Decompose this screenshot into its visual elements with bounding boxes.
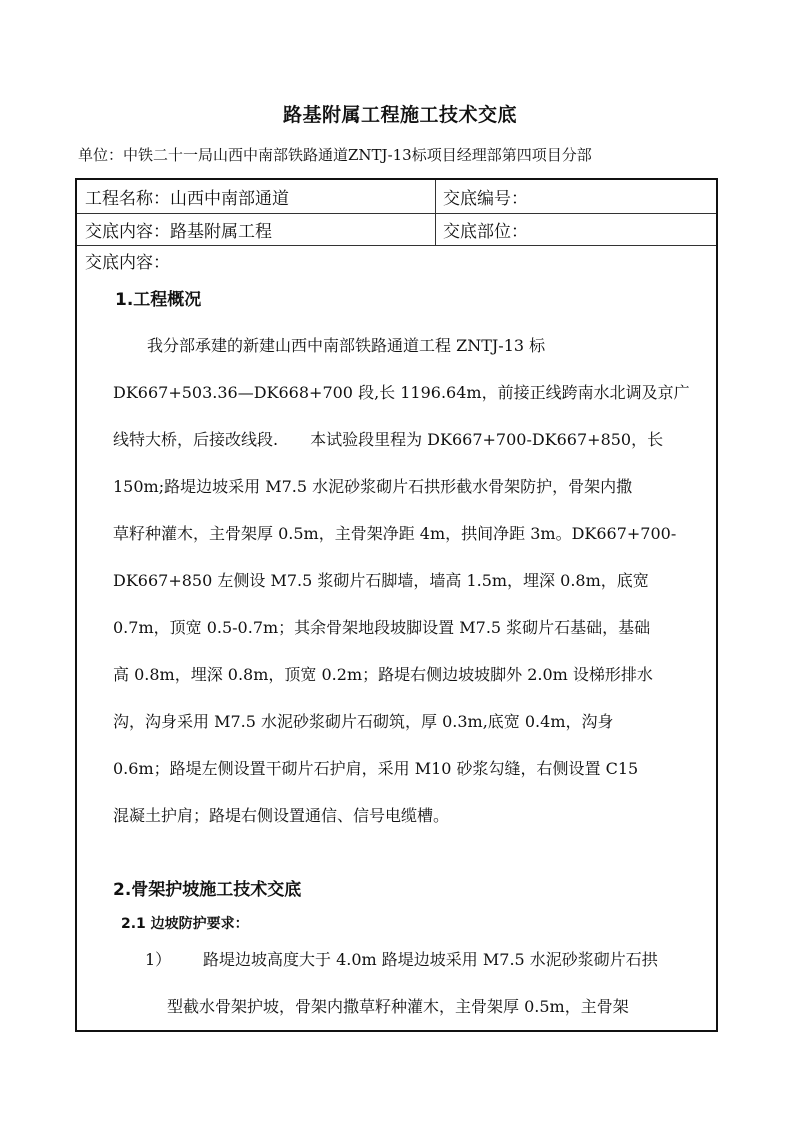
document-title: 路基附属工程施工技术交底 — [0, 100, 800, 127]
paragraph-line: 沟，沟身采用 M7.5 水泥砂浆砌片石砌筑，厚 0.3m,底宽 0.4m，沟身 — [113, 709, 614, 732]
paragraph-line: 我分部承建的新建山西中南部铁路通道工程 ZNTJ-13 标 — [147, 333, 545, 356]
table-row: 工程名称：山西中南部通道 交底编号： — [77, 180, 716, 214]
unit-line: 单位：中铁二十一局山西中南部铁路通道ZNTJ-13标项目经理部第四项目分部 — [78, 144, 592, 165]
project-name-cell: 工程名称：山西中南部通道 — [85, 180, 289, 213]
section-1-heading: 1.工程概况 — [115, 285, 201, 310]
section-2-heading: 2.骨架护坡施工技术交底 — [113, 875, 301, 900]
content-label: 交底内容： — [85, 248, 170, 273]
paragraph-line: 高 0.8m，埋深 0.8m，顶宽 0.2m；路堤右侧边坡坡脚外 2.0m 设梯… — [113, 662, 653, 685]
handover-location-cell: 交底部位： — [443, 214, 528, 245]
paragraph-line: 线特大桥，后接改线段. 本试验段里程为 DK667+700-DK667+850，… — [113, 427, 663, 450]
column-divider — [435, 180, 436, 246]
paragraph-line: 150m;路堤边坡采用 M7.5 水泥砂浆砌片石拱形截水骨架防护，骨架内撒 — [113, 474, 632, 497]
handover-table: 工程名称：山西中南部通道 交底编号： 交底内容：路基附属工程 交底部位： 交底内… — [75, 178, 718, 1032]
paragraph-line: DK667+850 左侧设 M7.5 浆砌片石脚墙，墙高 1.5m，埋深 0.8… — [113, 568, 649, 591]
handover-no-cell: 交底编号： — [443, 180, 528, 213]
paragraph-line: 0.6m；路堤左侧设置干砌片石护肩，采用 M10 砂浆勾缝，右侧设置 C15 — [113, 756, 638, 779]
paragraph-line: 草籽种灌木，主骨架厚 0.5m，主骨架净距 4m，拱间净距 3m。DK667+7… — [113, 521, 676, 544]
handover-content-cell: 交底内容：路基附属工程 — [85, 214, 272, 245]
list-item-number: 1） — [145, 947, 171, 970]
list-item-line: 型截水骨架护坡，骨架内撒草籽种灌木，主骨架厚 0.5m，主骨架 — [167, 994, 629, 1017]
subsection-2-1-heading: 2.1 边坡防护要求： — [121, 913, 249, 933]
paragraph-line: 混凝土护肩；路堤右侧设置通信、信号电缆槽。 — [113, 803, 449, 826]
table-row: 交底内容：路基附属工程 交底部位： — [77, 214, 716, 246]
paragraph-line: DK667+503.36—DK668+700 段,长 1196.64m，前接正线… — [113, 380, 690, 403]
list-item-line: 路堤边坡高度大于 4.0m 路堤边坡采用 M7.5 水泥砂浆砌片石拱 — [203, 947, 658, 970]
paragraph-line: 0.7m，顶宽 0.5-0.7m；其余骨架地段坡脚设置 M7.5 浆砌片石基础，… — [113, 615, 650, 638]
